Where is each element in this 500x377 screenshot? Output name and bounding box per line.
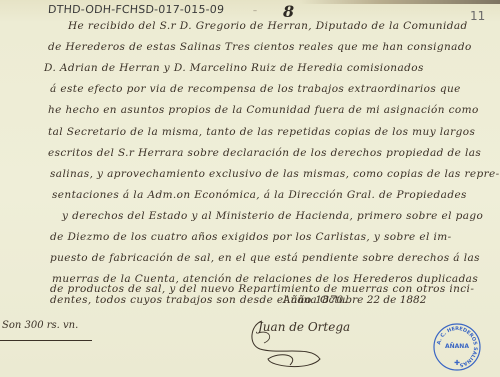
- archive-reference: DTHD-ODH-FCHSD-017-015-09: [48, 3, 225, 16]
- text-line: y derechos del Estado y al Ministerio de…: [62, 210, 483, 222]
- heirs-stamp-icon: A. C. HEREDEROS SALINAS AÑANA ✚: [432, 322, 482, 372]
- text-line: escritos del S.r Herrara sobre declaraci…: [48, 147, 481, 159]
- page-edge-shadow: [300, 0, 500, 4]
- text-line: D. Adrian de Herran y D. Marcelino Ruiz …: [44, 62, 424, 74]
- text-line: de Herederos de estas Salinas Tres cient…: [48, 41, 472, 53]
- place-date: Añana Octubre 22 de 1882: [283, 294, 426, 306]
- text-line: sentaciones á la Adm.on Económica, á la …: [52, 189, 467, 201]
- sheet-number: 8: [283, 2, 294, 21]
- text-line: he hecho en asuntos propios de la Comuni…: [48, 104, 479, 116]
- signature: Juan de Ortega: [258, 320, 350, 334]
- text-line: puesto de fabricación de sal, en el que …: [50, 252, 480, 264]
- amount-note: Son 300 rs. vn.: [2, 320, 78, 331]
- text-line: á este efecto por via de recompensa de l…: [50, 83, 461, 95]
- text-line: de Diezmo de los cuatro años exigidos po…: [50, 231, 452, 243]
- folio-number: 11: [470, 9, 485, 23]
- text-line: He recibido del S.r D. Gregorio de Herra…: [68, 20, 468, 32]
- text-line: tal Secretario de la misma, tanto de las…: [48, 126, 475, 138]
- stamp-center-text: AÑANA: [445, 343, 469, 350]
- svg-text:✚: ✚: [454, 359, 460, 367]
- text-line: salinas, y aprovechamiento exclusivo de …: [50, 168, 500, 180]
- underline-rule: [0, 340, 92, 341]
- sheet-prefix: –: [253, 6, 257, 15]
